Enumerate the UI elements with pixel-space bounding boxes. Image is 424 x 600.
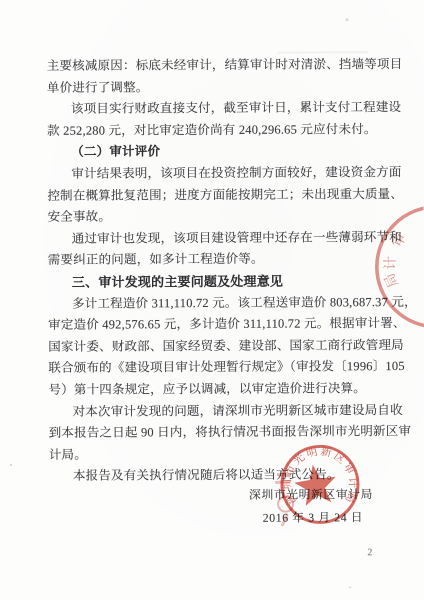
- official-seal: 深圳市光明新区审计局: [272, 436, 369, 533]
- scan-speck: [10, 464, 12, 466]
- section-heading: （二）审计评价: [47, 140, 397, 163]
- svg-text:深圳市光明新区审计局: 深圳市光明新区审计局: [279, 444, 361, 506]
- seal-arc-text: 深圳市光明新区审计局: [279, 444, 361, 506]
- body-line: 联合颁布的《建设项目审计处理暂行规定》（审投发〔1996〕105: [48, 356, 398, 379]
- body-line: 该项目实行财政直接支付，截至审计日，累计支付工程建设: [47, 97, 397, 120]
- body-line: 审计结果表明，该项目在投资控制方面较好，建设资金方面: [47, 162, 397, 185]
- edge-partial-seal: 审 计 局: [367, 202, 424, 332]
- page-content: 主要核减原因：标底未经审计，结算审计时对清淤、挡墙等项目 单价进行了调整。 该项…: [0, 0, 424, 600]
- body-line: 控制在概算批复范围；进度方面能按期完工；未出现重大质量、: [47, 184, 397, 207]
- body-line: 多计工程造价 311,110.72 元。该工程送审造价 803,687.37 元…: [48, 292, 398, 315]
- scan-speck: [346, 18, 349, 21]
- body-line: 单价进行了调整。: [47, 76, 397, 99]
- body-line: 国家计委、财政部、国家经贸委、建设部、国家工商行政管理局: [48, 335, 398, 358]
- section-heading: 三、审计发现的主要问题及处理意见: [48, 270, 398, 293]
- document-body: 主要核减原因：标底未经审计，结算审计时对清淤、挡墙等项目 单价进行了调整。 该项…: [47, 54, 399, 488]
- scanned-audit-report-page: 主要核减原因：标底未经审计，结算审计时对清淤、挡墙等项目 单价进行了调整。 该项…: [0, 0, 424, 600]
- body-line: 安全事故。: [48, 205, 398, 228]
- body-line: 款 252,280 元，对比审定造价尚有 240,296.65 元应付未付。: [47, 119, 397, 142]
- five-pointed-star-icon: [292, 462, 339, 507]
- body-line: 号）第十四条规定，应予以调减，以审定造价进行决算。: [48, 378, 398, 401]
- body-line: 主要核减原因：标底未经审计，结算审计时对清淤、挡墙等项目: [47, 54, 397, 77]
- scan-speck: [349, 586, 352, 588]
- body-line: 对本次审计发现的问题，请深圳市光明新区城市建设局自收: [49, 400, 399, 423]
- seal-char: 计: [382, 256, 399, 270]
- body-line: 需要纠正的问题，如多计工程造价等。: [48, 248, 398, 271]
- page-number: 2: [367, 547, 372, 558]
- body-line: 审定造价 492,576.65 元，多计造价 311,110.72 元。根据审计…: [48, 313, 398, 336]
- body-line: 通过审计也发现，该项目建设管理中还存在一些薄弱环节和: [48, 227, 398, 250]
- seal-char: 审: [389, 230, 410, 250]
- seal-char: 局: [382, 271, 402, 290]
